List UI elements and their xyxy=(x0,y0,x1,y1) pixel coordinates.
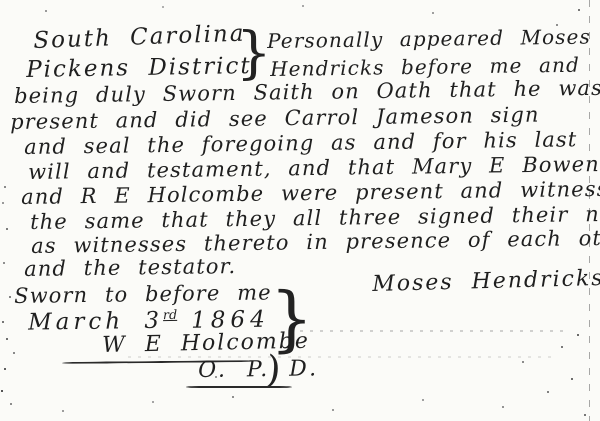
jurat-line-1: Sworn to before me xyxy=(14,282,272,307)
officer-title: O. P. D. xyxy=(198,358,319,382)
officer-title-underline xyxy=(186,386,292,388)
affidavit-line-10: and the testator. xyxy=(24,256,236,280)
affidavit-line-1: Personally appeared Moses xyxy=(267,26,591,51)
affidavit-line-9: as witnesses thereto in presence of each… xyxy=(31,227,600,257)
jurisdiction-district: Pickens District xyxy=(26,55,252,82)
affidavit-line-2: Hendricks before me and xyxy=(270,55,580,79)
document-scan: South Carolina Pickens District } Person… xyxy=(0,0,600,421)
scan-noise-band xyxy=(128,356,552,358)
jurisdiction-state: South Carolina xyxy=(33,23,246,53)
scan-noise-band xyxy=(300,330,568,332)
scan-noise-specks xyxy=(0,0,2,2)
jurat-date-ordinal: rd xyxy=(163,307,177,322)
officer-title-flourish: ) xyxy=(264,350,283,389)
witness-signature: Moses Hendricks xyxy=(372,268,600,296)
